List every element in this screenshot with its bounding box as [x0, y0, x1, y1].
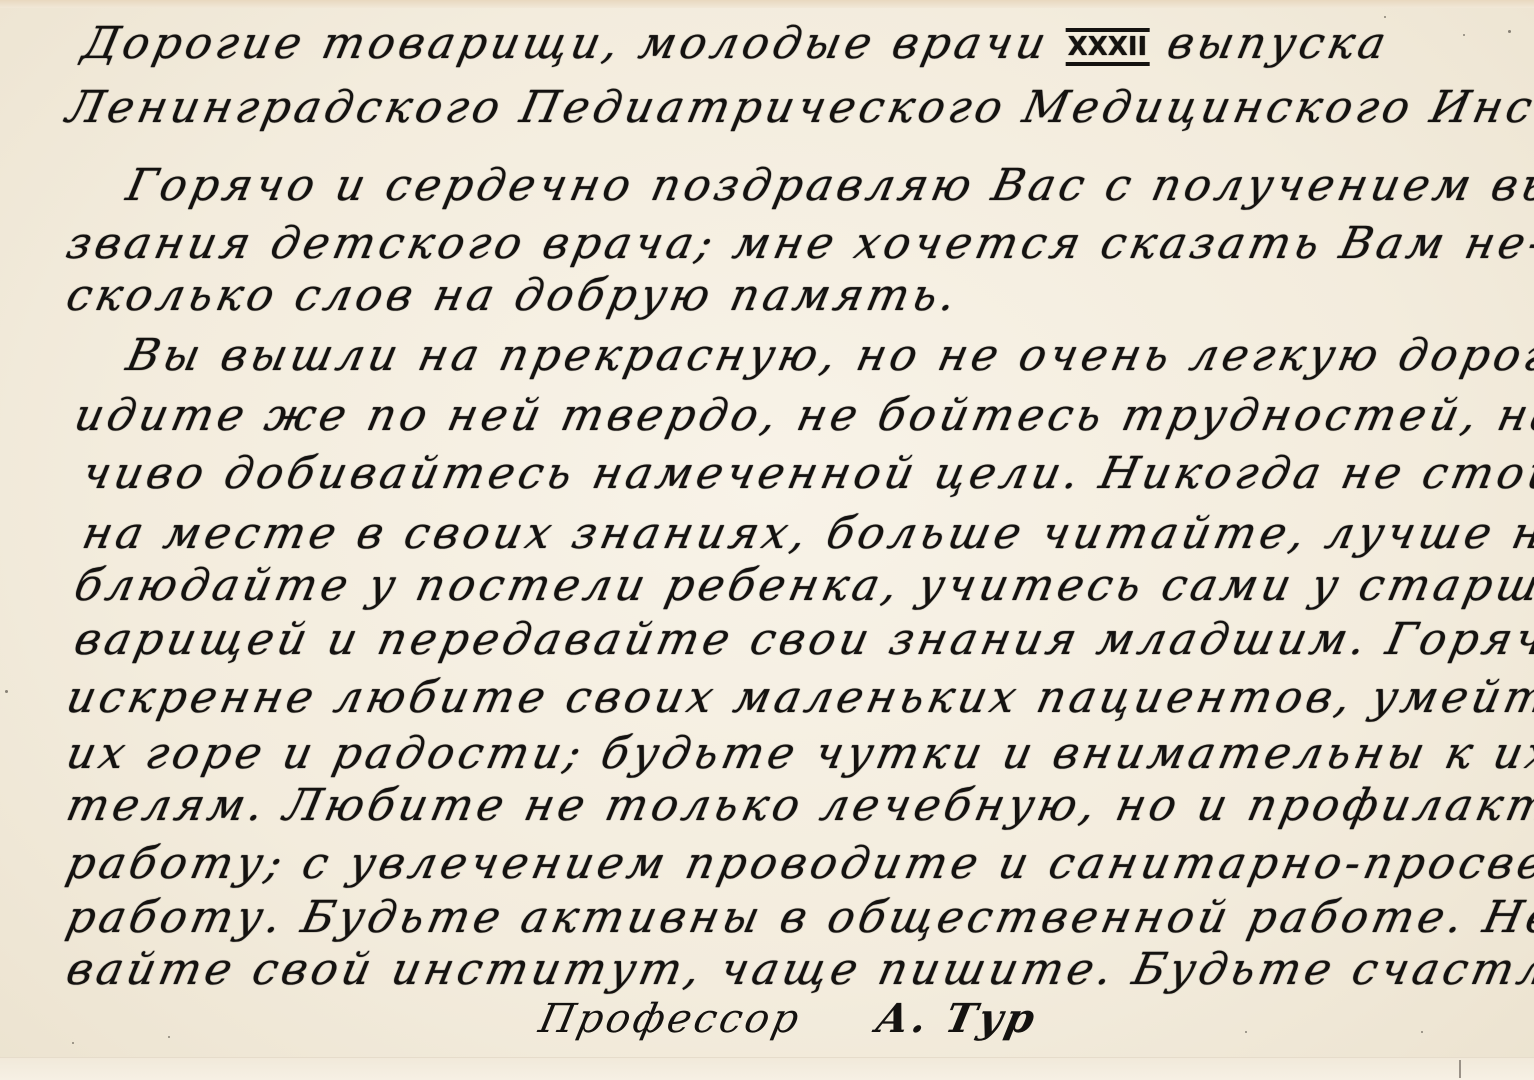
graduation-number: XXXII: [1066, 28, 1150, 66]
body-line: Вы вышли на прекрасную, но не очень легк…: [122, 330, 1534, 381]
salutation-line-2: Ленинградского Педиатрического Медицинск…: [62, 82, 1534, 133]
body-line: на месте в своих знаниях, больше читайте…: [78, 508, 1534, 559]
salutation-text: Дорогие товарищи, молодые врачи: [78, 18, 1054, 69]
body-line: чиво добивайтесь намеченной цели. Никогд…: [78, 448, 1534, 499]
letter-body: Дорогие товарищи, молодые врачи XXXII вы…: [0, 0, 1534, 1080]
body-line: Горячо и сердечно поздравляю Вас с получ…: [122, 160, 1534, 211]
body-line: телям. Любите не только лечебную, но и п…: [62, 780, 1534, 831]
signature: А. Тур: [872, 995, 1042, 1042]
closing-block: Профессор А. Тур: [535, 995, 1042, 1042]
photo-bottom-edge: [0, 1057, 1534, 1080]
body-line: блюдайте у постели ребенка, учитесь сами…: [70, 560, 1534, 611]
edge-mark: [1459, 1060, 1461, 1078]
body-line: искренне любите своих маленьких пациенто…: [62, 672, 1534, 723]
body-line: их горе и радости; будьте чутки и внимат…: [62, 728, 1534, 779]
body-line: вайте свой институт, чаще пишите. Будьте…: [62, 944, 1534, 995]
letter-photograph: Дорогие товарищи, молодые врачи XXXII вы…: [0, 0, 1534, 1080]
body-line: работу; с увлечением проводите и санитар…: [62, 838, 1534, 889]
body-line: идите же по ней твердо, не бойтесь трудн…: [70, 390, 1534, 441]
body-line: варищей и передавайте свои знания младши…: [70, 614, 1534, 665]
signer-title: Профессор: [535, 996, 806, 1042]
salutation-text: выпуска: [1163, 18, 1394, 69]
body-line: сколько слов на добрую память.: [62, 270, 964, 321]
body-line: звания детского врача; мне хочется сказа…: [62, 218, 1534, 269]
body-line: работу. Будьте активны в общественной ра…: [62, 892, 1534, 943]
salutation-line-1: Дорогие товарищи, молодые врачи XXXII вы…: [78, 18, 1394, 69]
